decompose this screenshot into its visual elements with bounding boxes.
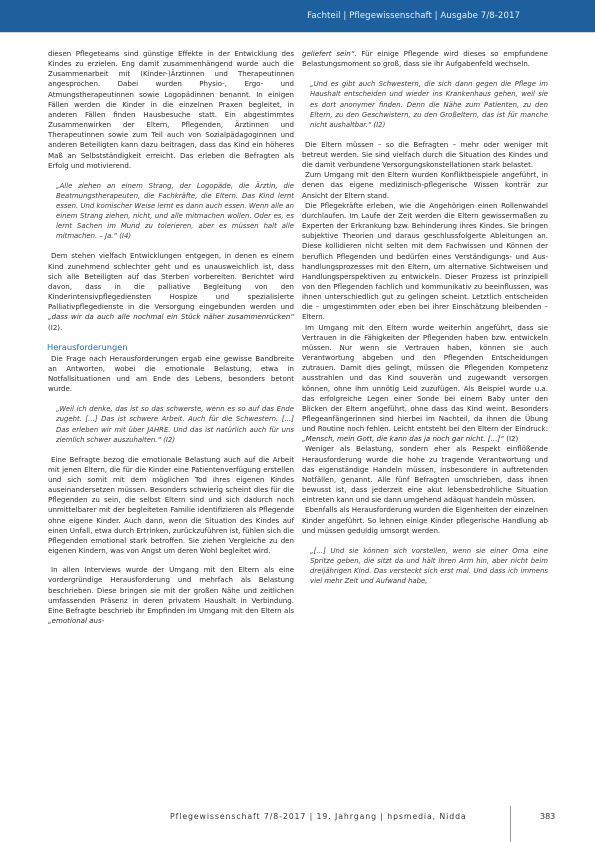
paragraph: Im Umgang mit den Eltern wurde weiterhin… xyxy=(302,323,548,445)
paragraph: geliefert sein“. Für einige Pflegende wi… xyxy=(302,49,548,69)
paragraph: Ebenfalls als Herausforderung wurden die… xyxy=(302,505,548,535)
paragraph: Die Eltern müssen – so die Befragten – m… xyxy=(302,140,548,170)
inline-quote: geliefert sein“ xyxy=(302,49,354,58)
paragraph-text: Dem stehen vielfach Entwicklungen entgeg… xyxy=(48,251,294,311)
paragraph: Die Pflegekräfte erleben, wie die Angehö… xyxy=(302,201,548,323)
citation: (I2) xyxy=(504,434,518,443)
interview-quote: „[…] Und sie können sich vorstellen, wen… xyxy=(310,546,548,586)
paragraph: Dem stehen vielfach Entwicklungen entgeg… xyxy=(48,251,294,332)
inline-quote: „Mensch, mein Gott, die kann das ja noch… xyxy=(302,434,504,443)
right-column: geliefert sein“. Für einige Pflegende wi… xyxy=(302,49,548,596)
paragraph-text: Im Umgang mit den Eltern wurde weiterhin… xyxy=(302,323,548,434)
paragraph-text: In allen Interviews wurde der Umgang mit… xyxy=(48,565,294,615)
paragraph: In allen Interviews wurde der Umgang mit… xyxy=(48,565,294,626)
spacer xyxy=(48,556,294,565)
header-bar: Fachteil | Pflegewissenschaft | Ausgabe … xyxy=(0,0,595,33)
footer-divider xyxy=(510,806,511,842)
interview-quote: „Alle ziehen an einem Strang, der Logopä… xyxy=(56,181,294,242)
inline-quote: „emotional aus- xyxy=(48,616,104,625)
running-title: Fachteil | Pflegewissenschaft | Ausgabe … xyxy=(307,11,520,21)
paragraph: Zum Umgang mit den Eltern wurden Konflik… xyxy=(302,170,548,200)
left-column: diesen Pflegeteams sind günstige Effekte… xyxy=(48,49,294,626)
citation: (I2). xyxy=(48,323,62,332)
section-heading: Herausforderungen xyxy=(47,342,294,353)
paragraph: Weniger als Belastung, sondern eher als … xyxy=(302,444,548,505)
interview-quote: „Und es gibt auch Schwestern, die sich d… xyxy=(310,79,548,129)
paragraph: Eine Befragte bezog die emotionale Belas… xyxy=(48,455,294,557)
inline-quote: „dass wir da auch alle nochmal ein Stück… xyxy=(48,312,294,321)
interview-quote: „Weil ich denke, das ist so das schwerst… xyxy=(56,404,294,444)
paragraph: Die Frage nach Herausforderungen ergab e… xyxy=(48,354,294,395)
page-number: 383 xyxy=(540,812,555,821)
footer-journal-line: Pflegewissenschaft 7/8-2017 | 19. Jahrga… xyxy=(170,812,467,821)
paragraph: diesen Pflegeteams sind günstige Effekte… xyxy=(48,49,294,171)
